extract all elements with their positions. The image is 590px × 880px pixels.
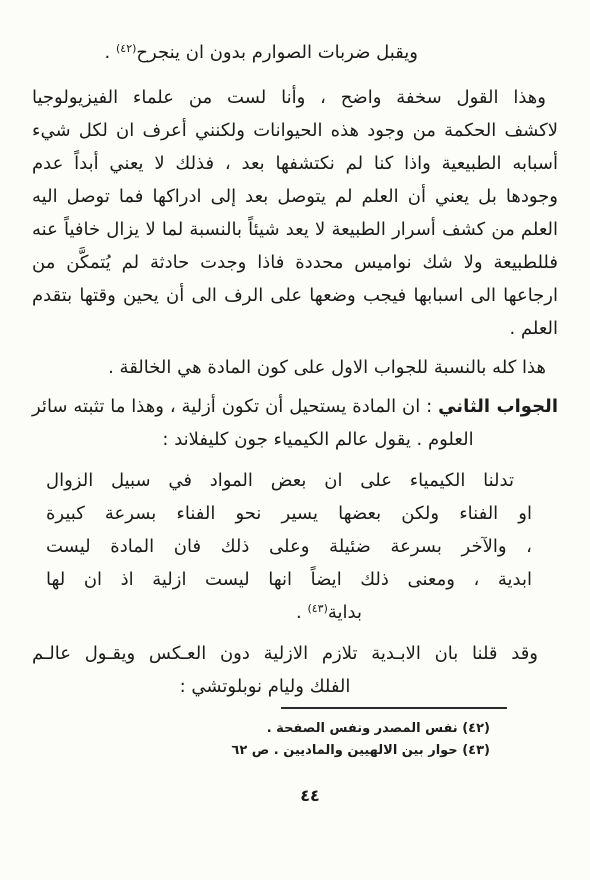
paragraph-line: العلوم . يقول عالم الكيمياء جون كليفلاند… [32, 423, 558, 456]
paragraph-line: ارجاعها الى اسبابها فيجب وضعها على الرف … [32, 279, 558, 312]
paragraph-text: : ان المادة يستحيل أن تكون أزلية ، وهذا … [32, 396, 438, 417]
paragraph-line: فللطبيعة ولا شك نواميس محددة فاذا وجدت ح… [32, 246, 558, 279]
quote-tail: . [296, 602, 307, 623]
footnote-42: (٤٢) نفس المصدر ونفس الصفحة . [281, 718, 507, 740]
quote-line: ابدية ، ومعنى ذلك ايضاً انها ليست ازلية … [46, 563, 532, 596]
quote-last-line: بداية(٤٣) . [46, 596, 532, 629]
paragraph-main: وهذا القول سخفة واضح ، وأنا لست من علماء… [32, 81, 558, 345]
paragraph-line: العلم من كشف أسرار الطبيعة لا يعد شيئاً … [32, 213, 558, 246]
footnotes-section: (٤٢) نفس المصدر ونفس الصفحة . (٤٣) حوار … [281, 707, 507, 762]
paragraph-line: وقد قلنا بان الابـدية تلازم الازلية دون … [32, 637, 558, 670]
verse-tail: . [105, 42, 116, 63]
quote-last-text: بداية [328, 602, 362, 623]
paragraph-line: أسبابه الطبيعية واذا كنا لم نكتشفها بعد … [32, 147, 558, 180]
footnote-separator [281, 707, 507, 709]
footnote-marker-43: (٤٣) [307, 602, 327, 615]
verse-line: ويقبل ضربات الصوارم بدون ان ينجرح(٤٢) . [32, 36, 418, 69]
footnote-43: (٤٣) حوار بين الالهيين والماديين . ص ٦٢ [281, 740, 507, 762]
page-number: ٤٤ [32, 786, 558, 805]
footnote-number: (٤٢) [462, 721, 490, 736]
paragraph-line: الجواب الثاني : ان المادة يستحيل أن تكون… [32, 390, 558, 423]
footnote-text: نفس المصدر ونفس الصفحة . [267, 721, 463, 736]
quotation-block: تدلنا الكيمياء على ان بعض المواد في سبيل… [46, 464, 532, 629]
quote-line: ، والآخر بسرعة ضئيلة وعلى ذلك فان المادة… [46, 530, 532, 563]
paragraph-line: وجودها بل يعني أن العلم لم يتوصل بعد إلى… [32, 180, 558, 213]
paragraph-line: العلم . [32, 312, 558, 345]
verse-text: ويقبل ضربات الصوارم بدون ان ينجرح [136, 42, 418, 63]
paragraph-second-answer: الجواب الثاني : ان المادة يستحيل أن تكون… [32, 390, 558, 456]
footnote-text: حوار بين الالهيين والماديين . ص ٦٢ [231, 743, 462, 758]
footnote-number: (٤٣) [462, 743, 490, 758]
paragraph-closing: وقد قلنا بان الابـدية تلازم الازلية دون … [32, 637, 558, 703]
paragraph-line: وهذا القول سخفة واضح ، وأنا لست من علماء… [32, 81, 558, 114]
paragraph-line: لاكشف الحكمة من وجود هذه الحيوانات ولكنن… [32, 114, 558, 147]
quote-line: او الفناء ولكن بعضها يسير نحو الفناء بسر… [46, 497, 532, 530]
paragraph-line: هذا كله بالنسبة للجواب الاول على كون الم… [32, 351, 558, 384]
footnote-marker-42: (٤٢) [116, 42, 136, 55]
paragraph-line: الفلك وليام نوبلوتشي : [32, 670, 558, 703]
quote-line: تدلنا الكيمياء على ان بعض المواد في سبيل… [46, 464, 532, 497]
paragraph-summary: هذا كله بالنسبة للجواب الاول على كون الم… [32, 351, 558, 384]
book-page: ويقبل ضربات الصوارم بدون ان ينجرح(٤٢) . … [0, 0, 590, 880]
answer-heading: الجواب الثاني [438, 396, 558, 417]
